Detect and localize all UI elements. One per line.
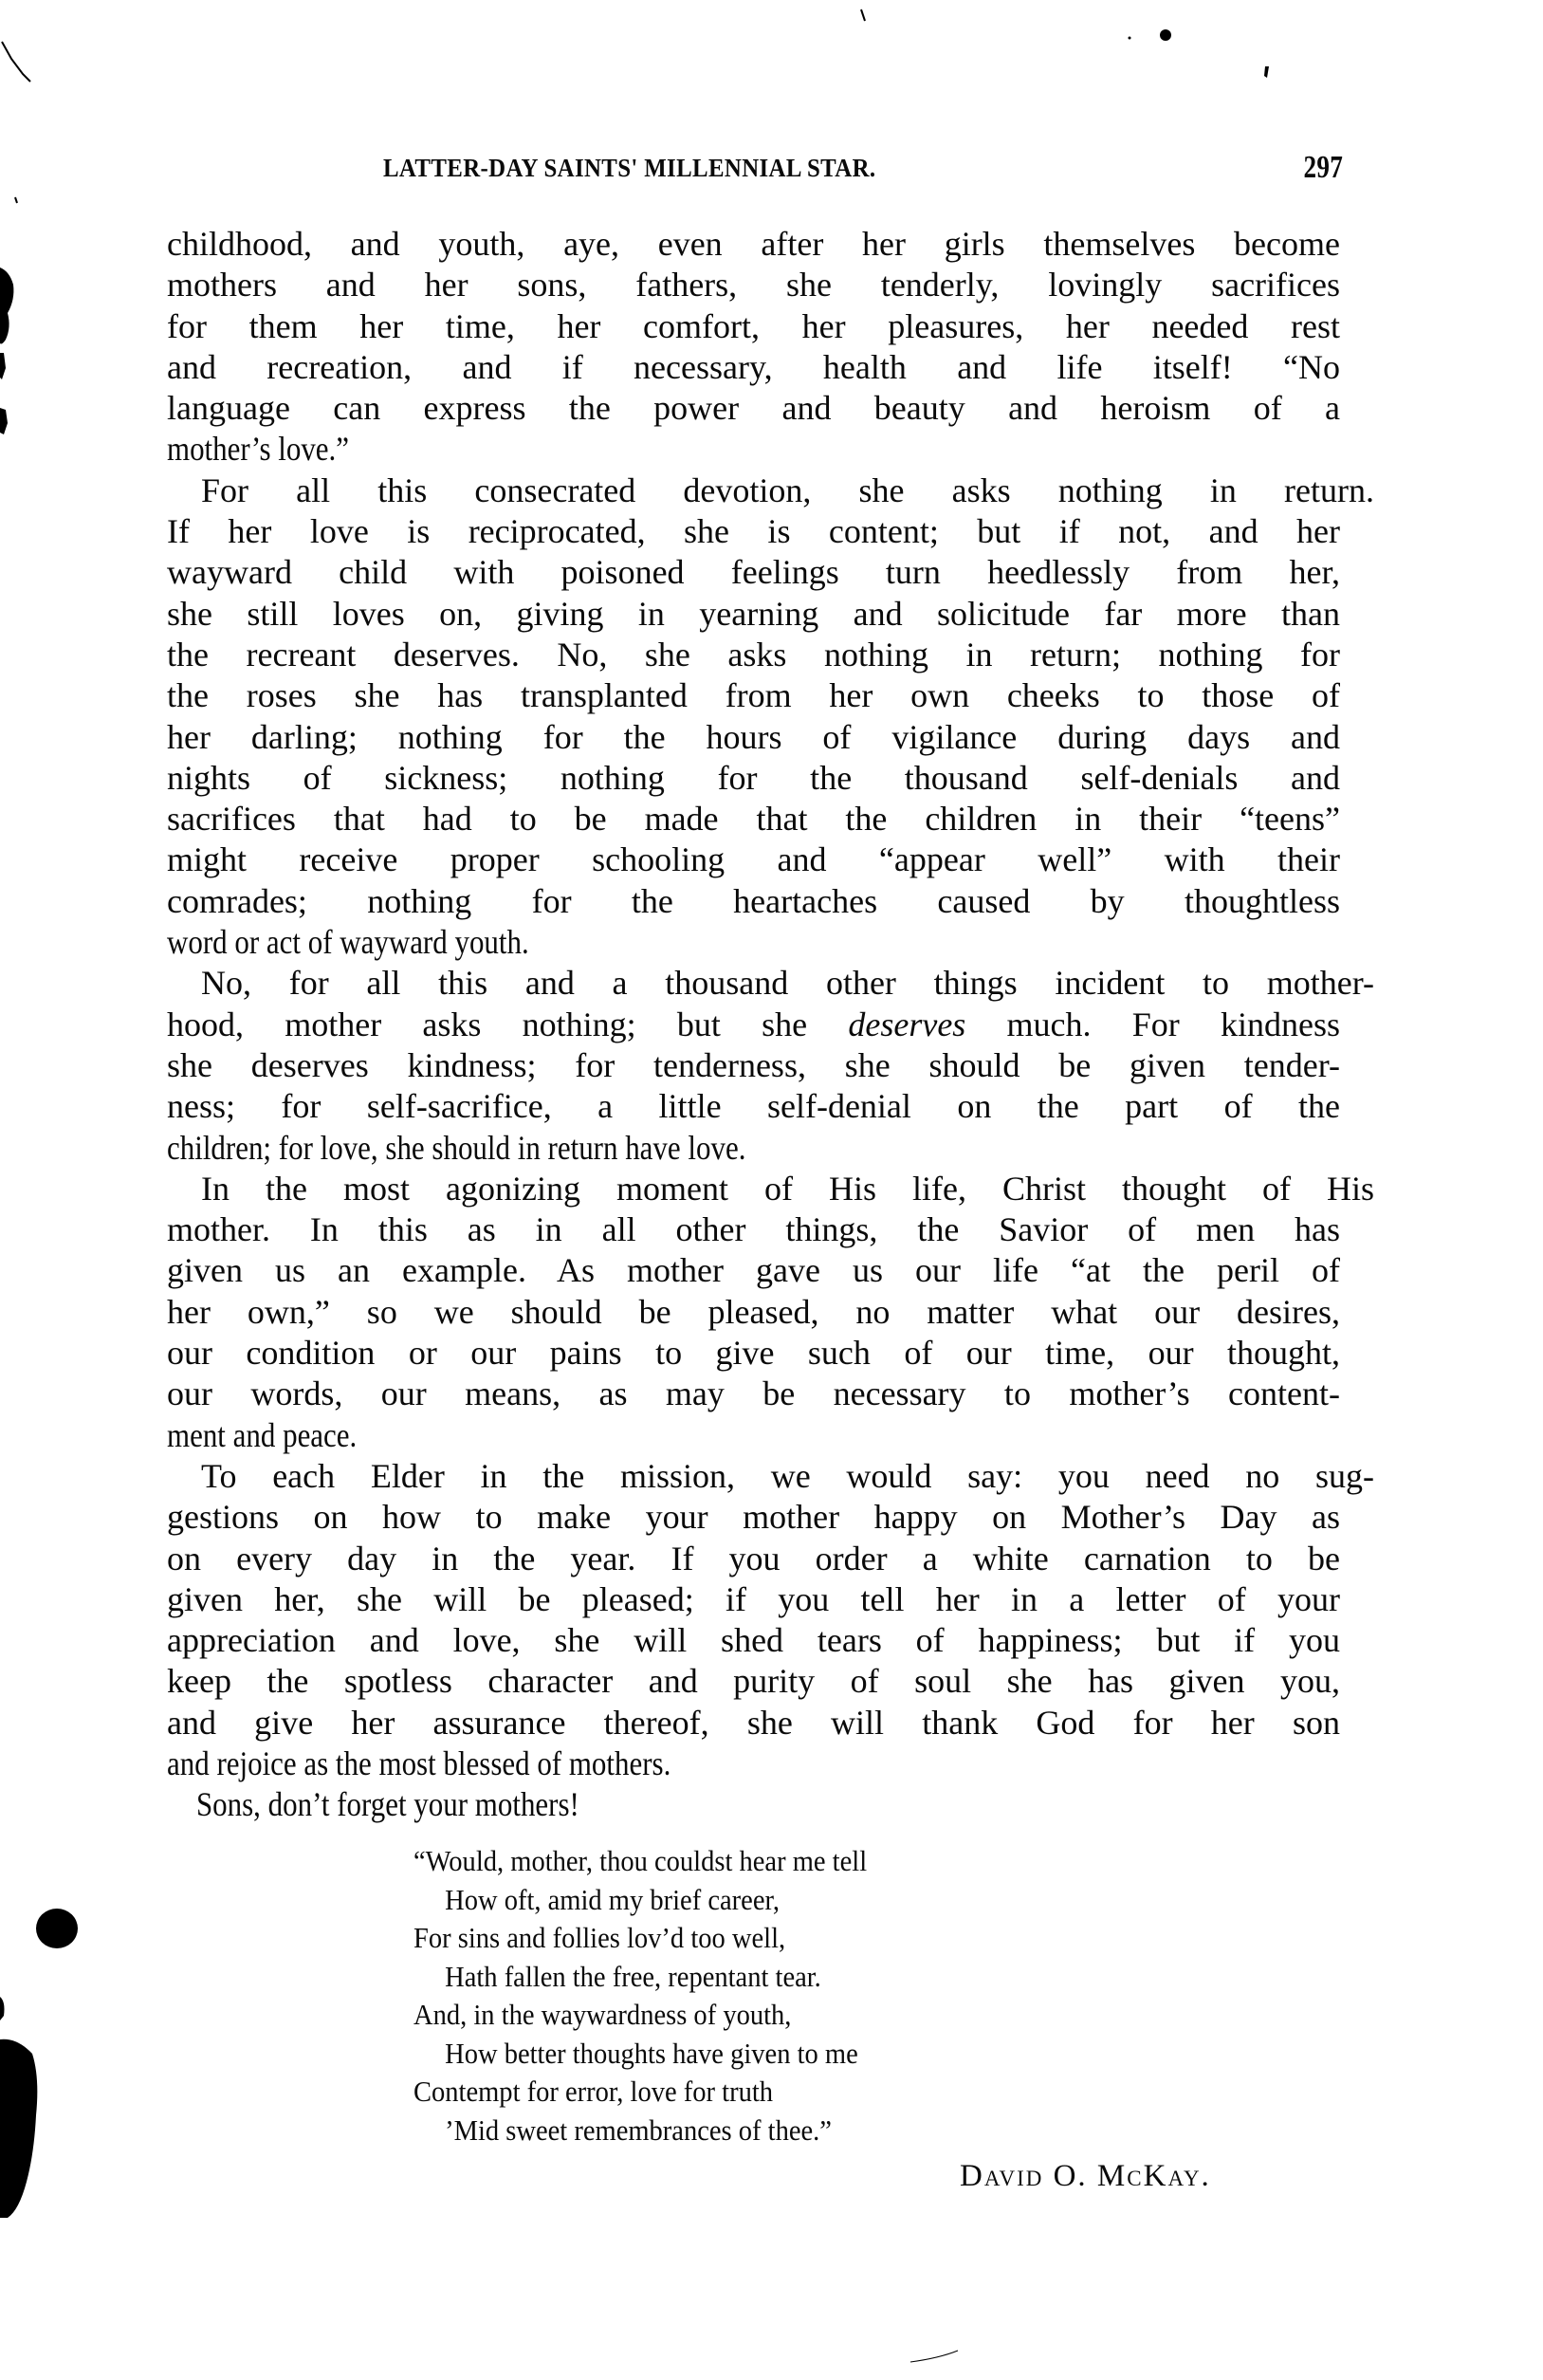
poem-line: And, in the waywardness of youth,: [413, 1996, 1111, 2035]
poem-line: Contempt for error, love for truth: [413, 2073, 1111, 2112]
text-line: No, for all this and a thousand other th…: [167, 963, 1374, 1004]
text-line: childhood, and youth, aye, even after he…: [167, 224, 1340, 265]
poem-line: For sins and follies lov’d too well,: [413, 1919, 1111, 1958]
poem-line: How better thoughts have given to me: [413, 2035, 1111, 2074]
text-line: the recreant deserves. No, she asks noth…: [167, 635, 1340, 675]
text-line: sacrifices that had to be made that the …: [167, 799, 1340, 839]
poem-line: ’Mid sweet remembrances of thee.”: [413, 2112, 1111, 2150]
poem-line: How oft, amid my brief career,: [413, 1881, 1111, 1920]
poem-line: Hath fallen the free, repentant tear.: [413, 1958, 1111, 1997]
page-number: 297: [1303, 150, 1343, 186]
text-line: For all this consecrated devotion, she a…: [167, 470, 1374, 511]
text-line: might receive proper schooling and “appe…: [167, 839, 1340, 880]
emphasis-text: deserves: [848, 1006, 965, 1043]
text-line: hood, mother asks nothing; but she deser…: [167, 1005, 1340, 1045]
text-line: on every day in the year. If you order a…: [167, 1539, 1340, 1579]
text-line: comrades; nothing for the heartaches cau…: [167, 881, 1340, 922]
text-line: If her love is reciprocated, she is cont…: [167, 511, 1340, 552]
text-line: gestions on how to make your mother happ…: [167, 1497, 1340, 1538]
text-line: word or act of wayward youth.: [167, 922, 1176, 963]
text-line: keep the spotless character and purity o…: [167, 1661, 1340, 1702]
text-line: our condition or our pains to give such …: [167, 1333, 1340, 1374]
text-line: she still loves on, giving in yearning a…: [167, 594, 1340, 635]
text-line: given us an example. As mother gave us o…: [167, 1250, 1340, 1291]
text-line: To each Elder in the mission, we would s…: [167, 1456, 1374, 1497]
text-line: her own,” so we should be pleased, no ma…: [167, 1292, 1340, 1333]
text-line: and rejoice as the most blessed of mothe…: [167, 1743, 1176, 1784]
journal-title: LATTER-DAY SAINTS' MILLENNIAL STAR.: [383, 154, 875, 183]
text-line: appreciation and love, she will shed tea…: [167, 1620, 1340, 1661]
text-line: she deserves kindness; for tenderness, s…: [167, 1045, 1340, 1086]
text-line: her darling; nothing for the hours of vi…: [167, 717, 1340, 758]
text-line: ment and peace.: [167, 1415, 1176, 1456]
text-line: In the most agonizing moment of His life…: [167, 1169, 1374, 1209]
text-line: Sons, don’t forget your mothers!: [167, 1784, 1176, 1825]
article-body: childhood, and youth, aye, even after he…: [167, 224, 1340, 1826]
text-line: the roses she has transplanted from her …: [167, 675, 1340, 716]
text-line: nights of sickness; nothing for the thou…: [167, 758, 1340, 799]
text-line: mothers and her sons, fathers, she tende…: [167, 265, 1340, 305]
text-line: mother’s love.”: [167, 429, 1176, 470]
text-line: children; for love, she should in return…: [167, 1128, 1176, 1169]
text-line: given her, she will be pleased; if you t…: [167, 1579, 1340, 1620]
running-head: LATTER-DAY SAINTS' MILLENNIAL STAR. 297: [383, 154, 1343, 192]
author-signature: David O. McKay.: [960, 2159, 1211, 2194]
poem-quotation: “Would, mother, thou couldst hear me tel…: [413, 1842, 1172, 2149]
text-line: wayward child with poisoned feelings tur…: [167, 552, 1340, 593]
scanned-page: LATTER-DAY SAINTS' MILLENNIAL STAR. 297 …: [0, 0, 1543, 2380]
text-line: our words, our means, as may be necessar…: [167, 1374, 1340, 1414]
text-line: for them her time, her comfort, her plea…: [167, 306, 1340, 347]
poem-line: “Would, mother, thou couldst hear me tel…: [413, 1842, 1111, 1881]
text-line: and give her assurance thereof, she will…: [167, 1703, 1340, 1743]
text-line: ness; for self-sacrifice, a little self-…: [167, 1086, 1340, 1127]
text-line: language can express the power and beaut…: [167, 388, 1340, 429]
text-line: and recreation, and if necessary, health…: [167, 347, 1340, 388]
text-line: mother. In this as in all other things, …: [167, 1209, 1340, 1250]
